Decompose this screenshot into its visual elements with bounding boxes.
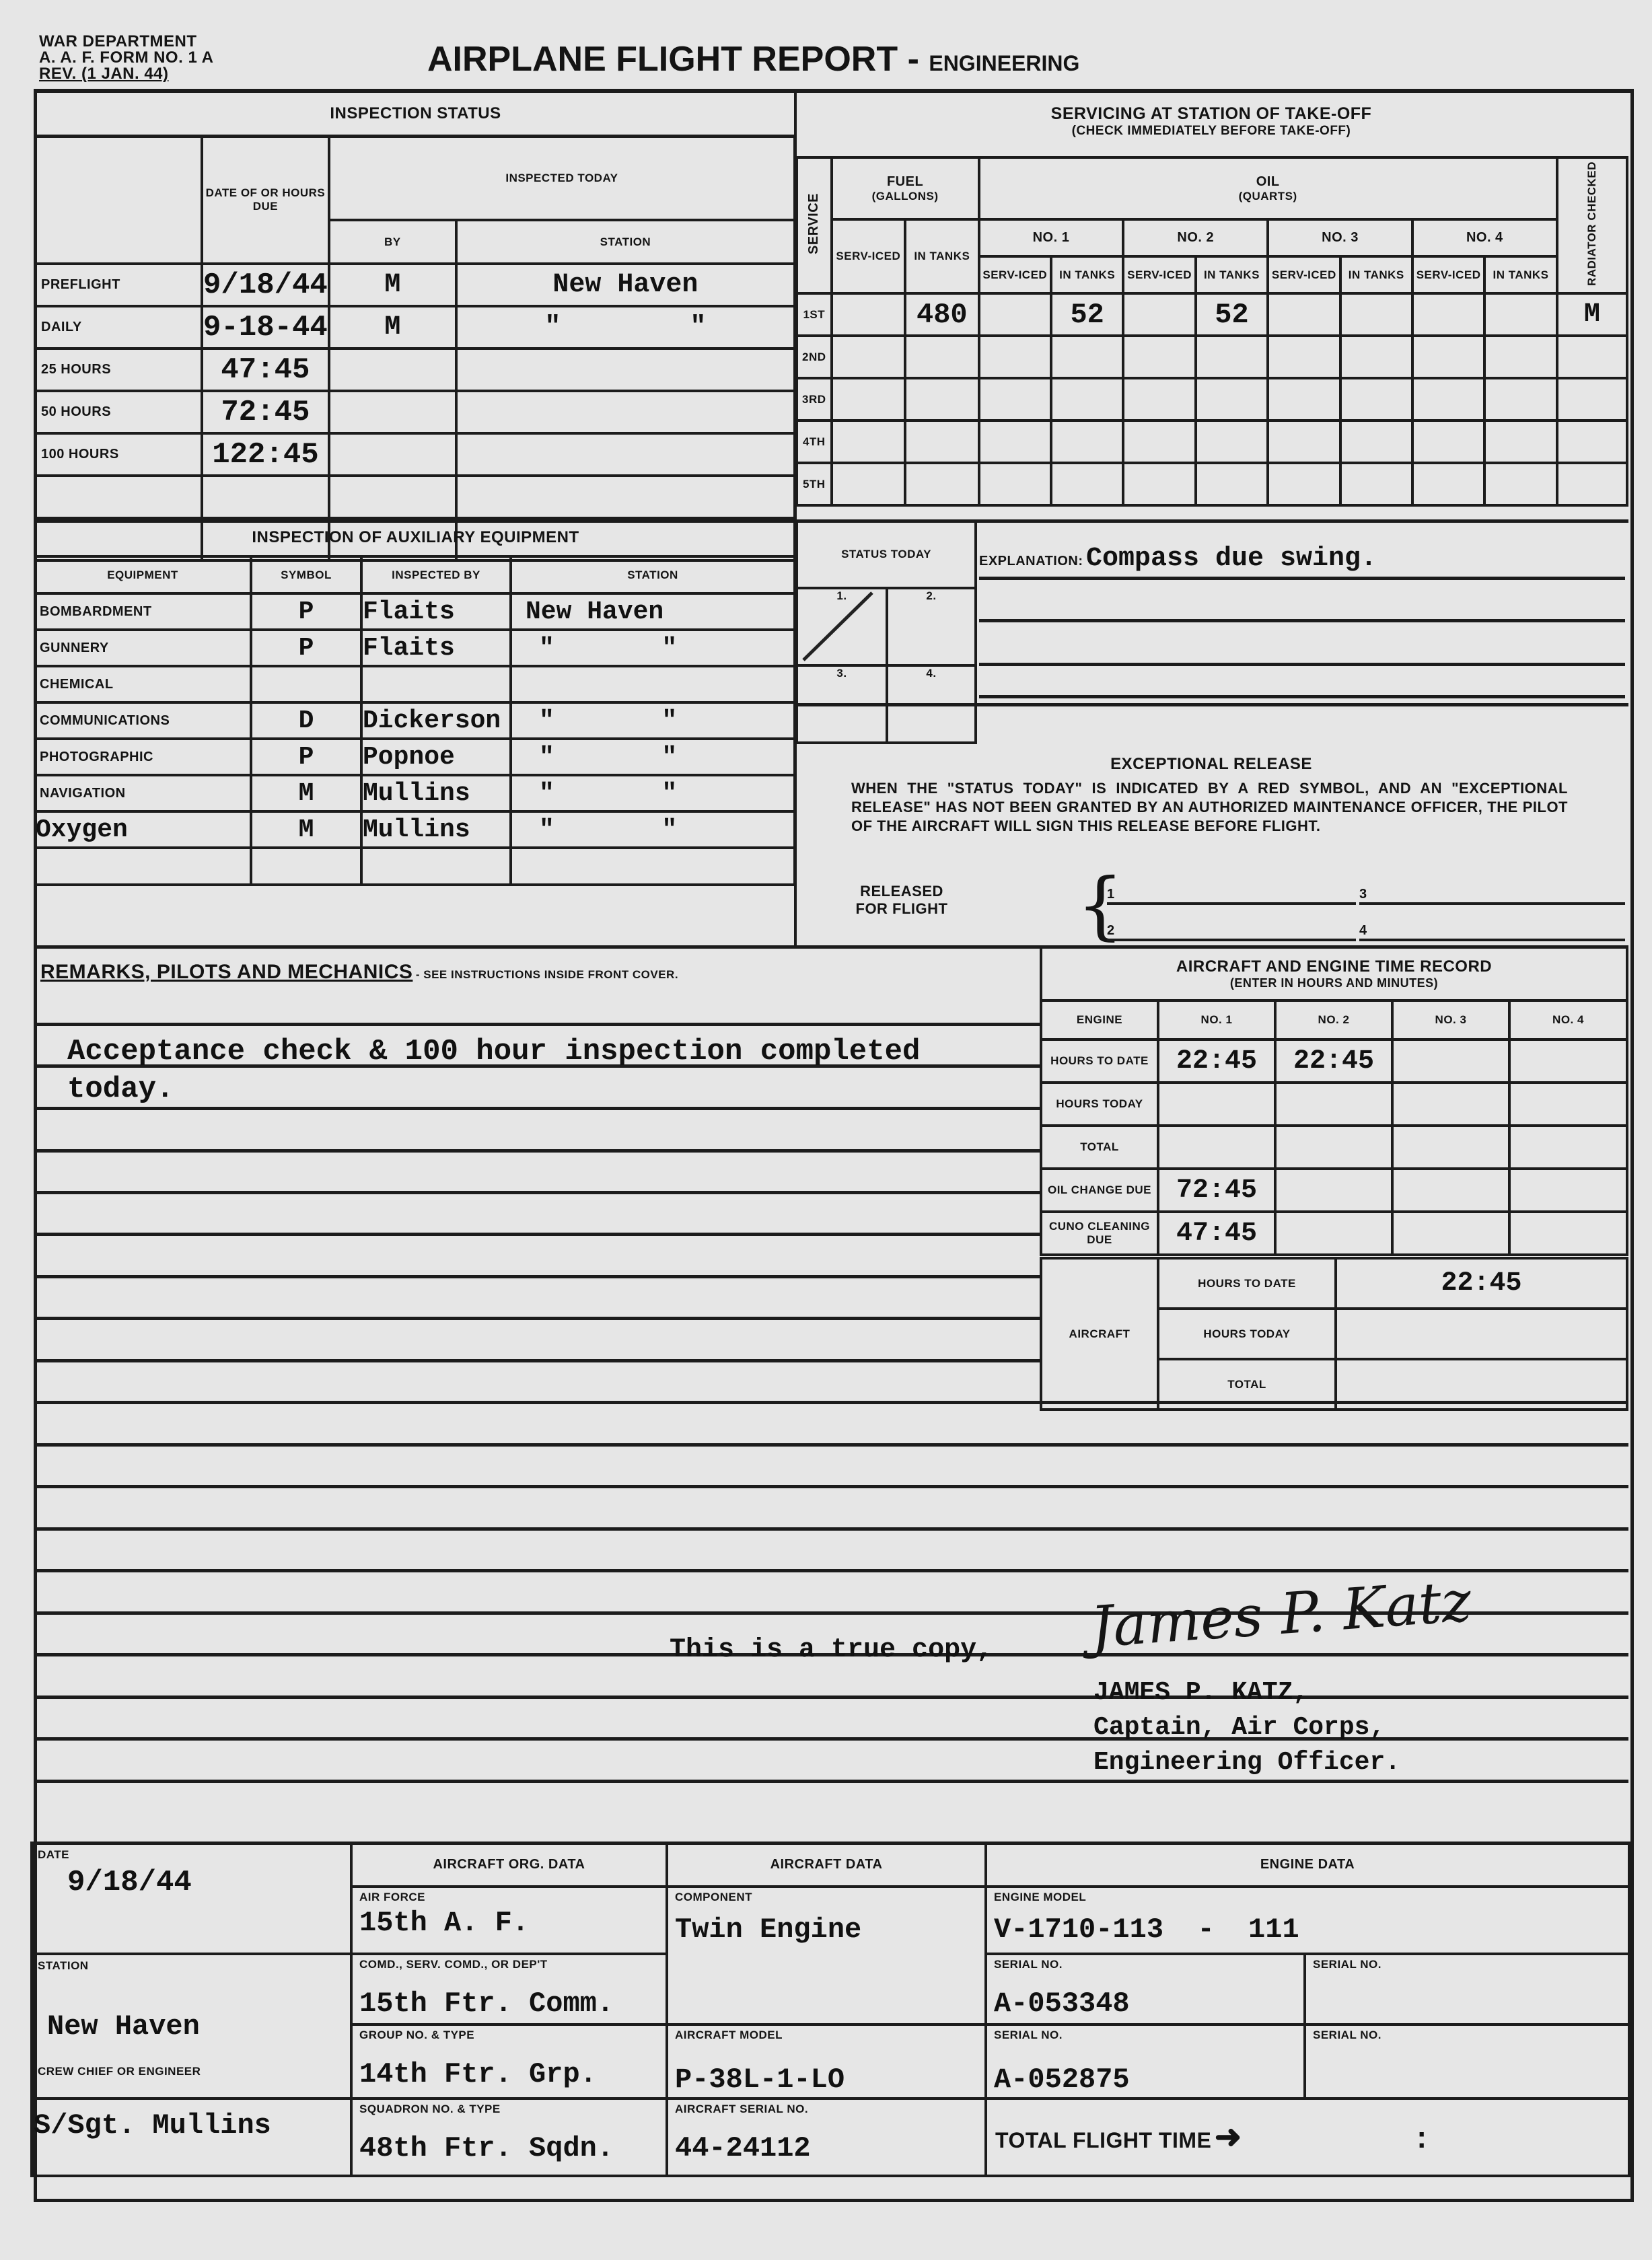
release-signature-2[interactable]: 2: [1107, 923, 1356, 941]
page-title: AIRPLANE FLIGHT REPORT - ENGINEERING: [427, 39, 1079, 79]
oil-cell[interactable]: [1484, 336, 1556, 378]
inspected-by-value[interactable]: Flaits: [361, 593, 511, 630]
symbol-value[interactable]: P: [251, 630, 361, 666]
symbol-value[interactable]: [251, 666, 361, 702]
fuel-tanks[interactable]: [905, 463, 979, 505]
table-row: PREFLIGHT 9/18/44 M New Haven: [36, 264, 795, 306]
oil-cell[interactable]: [1340, 378, 1412, 421]
serial-no-label: SERIAL NO.: [1306, 2026, 1628, 2045]
aircraft-row-label: TOTAL: [1158, 1359, 1336, 1410]
engine-serial-4-cell[interactable]: SERIAL NO.: [1305, 2025, 1629, 2099]
oil-cell[interactable]: [979, 421, 1051, 463]
oil-tanks-header: IN TANKS: [1484, 256, 1556, 293]
service-row-label: 2ND: [797, 336, 832, 378]
blank-cell[interactable]: [511, 848, 795, 885]
time-row-label: HOURS TO DATE: [1041, 1040, 1158, 1083]
date-label: DATE: [34, 1844, 350, 1866]
total-flight-time-value[interactable]: :: [1244, 2123, 1430, 2157]
time-record-title: AIRCRAFT AND ENGINE TIME RECORD: [1042, 957, 1626, 976]
fuel-serviced[interactable]: [832, 336, 906, 378]
station-value[interactable]: [456, 433, 795, 476]
air-force-value[interactable]: 15th A. F.: [353, 1907, 666, 1939]
col-date-due: DATE OF OR HOURS DUE: [202, 136, 329, 264]
symbol-value[interactable]: P: [251, 593, 361, 630]
oil-cell[interactable]: [1268, 293, 1340, 336]
group-cell[interactable]: GROUP NO. & TYPE 14th Ftr. Grp.: [351, 2025, 667, 2099]
fuel-header: FUEL(GALLONS): [832, 157, 979, 219]
time-row-label: TOTAL: [1041, 1126, 1158, 1169]
engine-serial-value[interactable]: [1306, 1974, 1628, 1988]
aircraft-model-label: AIRCRAFT MODEL: [668, 2026, 984, 2045]
engine-2-header: NO. 2: [1275, 1000, 1392, 1040]
inspected-by-value[interactable]: Mullins: [361, 811, 511, 848]
service-row-label: 1ST: [797, 293, 832, 336]
servicing-subtitle: (CHECK IMMEDIATELY BEFORE TAKE-OFF): [797, 124, 1625, 139]
oil-cell[interactable]: 52: [1051, 293, 1123, 336]
station-value[interactable]: " ": [456, 306, 795, 349]
engine-col-header: ENGINE: [1041, 1000, 1158, 1040]
exceptional-release-text: WHEN THE "STATUS TODAY" IS INDICATED BY …: [851, 779, 1568, 836]
station-value[interactable]: " ": [511, 630, 795, 666]
time-row-label: OIL CHANGE DUE: [1041, 1169, 1158, 1212]
oil-cell[interactable]: [1051, 421, 1123, 463]
remarks-note: - SEE INSTRUCTIONS INSIDE FRONT COVER.: [416, 968, 678, 981]
oil-cell[interactable]: [1268, 463, 1340, 505]
oil-tanks-header: IN TANKS: [1340, 256, 1412, 293]
status-cell-1[interactable]: 1.: [797, 588, 887, 665]
remarks-header: REMARKS, PILOTS AND MECHANICS - SEE INST…: [40, 961, 678, 984]
dept-line-3: REV. (1 JAN. 44): [39, 66, 213, 82]
service-row-label: 5TH: [797, 463, 832, 505]
total-flight-time-cell[interactable]: TOTAL FLIGHT TIME ➜ :: [986, 2099, 1629, 2176]
status-today-title: STATUS TODAY: [797, 521, 976, 588]
oil-cell[interactable]: [1484, 421, 1556, 463]
date-cell[interactable]: DATE 9/18/44: [32, 1843, 352, 1954]
footer-data-table: DATE 9/18/44 AIRCRAFT ORG. DATA AIRCRAFT…: [30, 1842, 1630, 2177]
group-label: GROUP NO. & TYPE: [353, 2026, 666, 2045]
table-row: DAILY 9-18-44 M " ": [36, 306, 795, 349]
command-cell[interactable]: COMD., SERV. COMD., OR DEP'T 15th Ftr. C…: [351, 1954, 667, 2025]
station-value[interactable]: New Haven: [456, 264, 795, 306]
squadron-value[interactable]: 48th Ftr. Sqdn.: [353, 2119, 666, 2164]
remarks-line-2[interactable]: today.: [67, 1072, 174, 1106]
fuel-unit: (GALLONS): [833, 190, 978, 203]
table-row: 3RD: [797, 378, 1627, 421]
aircraft-model-cell[interactable]: AIRCRAFT MODEL P-38L-1-LO: [667, 2025, 986, 2099]
oil-cell[interactable]: [1123, 293, 1195, 336]
table-row: 25 HOURS 47:45: [36, 349, 795, 391]
servicing-title-text: SERVICING AT STATION OF TAKE-OFF: [797, 104, 1625, 124]
oil-cell[interactable]: [979, 378, 1051, 421]
col-by: BY: [329, 220, 456, 264]
row-label: [36, 476, 202, 518]
oil-cell[interactable]: [979, 293, 1051, 336]
time-value[interactable]: [1509, 1126, 1627, 1169]
table-row: NAVIGATION M Mullins " ": [36, 775, 795, 811]
engine-model-value[interactable]: V-1710-113 - 111: [987, 1907, 1628, 1953]
total-flight-time-label: TOTAL FLIGHT TIME: [987, 2128, 1211, 2152]
serial-no-label: SERIAL NO.: [987, 1955, 1303, 1974]
command-value[interactable]: 15th Ftr. Comm.: [353, 1974, 666, 2020]
oil-tanks-header: IN TANKS: [1196, 256, 1268, 293]
time-value[interactable]: [1392, 1040, 1509, 1083]
table-row: 50 HOURS 72:45: [36, 391, 795, 433]
row-label: 25 HOURS: [36, 349, 202, 391]
inspection-status-table: DATE OF OR HOURS DUE INSPECTED TODAY BY …: [36, 135, 796, 562]
signer-rank: Captain, Air Corps,: [1093, 1710, 1400, 1745]
fuel-serviced[interactable]: [832, 293, 906, 336]
oil-cell[interactable]: [1268, 421, 1340, 463]
engine-serial-3-cell[interactable]: SERIAL NO. A-052875: [986, 2025, 1305, 2099]
by-value[interactable]: [329, 433, 456, 476]
time-value[interactable]: [1392, 1126, 1509, 1169]
release-signature-3[interactable]: 3: [1359, 887, 1625, 905]
inspected-by-value[interactable]: Popnoe: [361, 739, 511, 775]
oil-cell[interactable]: [1412, 336, 1484, 378]
oil-cell[interactable]: [1123, 378, 1195, 421]
engine-serial-value[interactable]: [1306, 2045, 1628, 2058]
oil-serviced-header: SERV-ICED: [1123, 256, 1195, 293]
oil-cell[interactable]: [1412, 463, 1484, 505]
radiator-checked[interactable]: [1557, 336, 1627, 378]
time-value[interactable]: [1275, 1126, 1392, 1169]
time-row-label: CUNO CLEANING DUE: [1041, 1212, 1158, 1255]
due-value[interactable]: 47:45: [202, 349, 329, 391]
time-value[interactable]: [1509, 1083, 1627, 1126]
station-value[interactable]: [456, 476, 795, 518]
oil-cell[interactable]: [1412, 421, 1484, 463]
table-row: BOMBARDMENT P Flaits New Haven: [36, 593, 795, 630]
station-value[interactable]: New Haven: [34, 1977, 350, 2043]
inspected-by-value[interactable]: Flaits: [361, 630, 511, 666]
title-separator: -: [908, 40, 919, 79]
by-value[interactable]: [329, 391, 456, 433]
radiator-checked[interactable]: M: [1557, 293, 1627, 336]
oil-cell[interactable]: [1196, 378, 1268, 421]
explanation-value[interactable]: Compass due swing.: [1086, 544, 1377, 574]
oil-cell[interactable]: [1123, 463, 1195, 505]
time-value[interactable]: [1509, 1040, 1627, 1083]
oil-engine-1: NO. 1: [979, 219, 1124, 256]
table-row: 2ND: [797, 336, 1627, 378]
col-station: STATION: [511, 556, 795, 593]
date-value[interactable]: 9/18/44: [34, 1866, 350, 1899]
radiator-checked[interactable]: [1557, 463, 1627, 505]
oil-header: OIL(QUARTS): [979, 157, 1557, 219]
due-value[interactable]: 72:45: [202, 391, 329, 433]
dept-line-2: A. A. F. FORM NO. 1 A: [39, 50, 213, 66]
time-value[interactable]: [1275, 1169, 1392, 1212]
table-row: OIL CHANGE DUE 72:45: [1041, 1169, 1627, 1212]
aircraft-row-label: HOURS TO DATE: [1158, 1258, 1336, 1309]
squadron-cell[interactable]: SQUADRON NO. & TYPE 48th Ftr. Sqdn.: [351, 2099, 667, 2176]
oil-cell[interactable]: [1484, 293, 1556, 336]
command-label: COMD., SERV. COMD., OR DEP'T: [353, 1955, 666, 1974]
inspected-by-value[interactable]: Mullins: [361, 775, 511, 811]
status-cell-2[interactable]: 2.: [887, 588, 976, 665]
station-value[interactable]: [456, 349, 795, 391]
oil-cell[interactable]: [1268, 378, 1340, 421]
aircraft-hours-today[interactable]: [1336, 1309, 1627, 1359]
station-label: STATION: [34, 1955, 350, 1977]
servicing-title: SERVICING AT STATION OF TAKE-OFF (CHECK …: [797, 104, 1625, 139]
oil-cell[interactable]: [1484, 463, 1556, 505]
due-value[interactable]: 9-18-44: [202, 306, 329, 349]
oil-cell[interactable]: [1340, 421, 1412, 463]
diagonal-mark-icon: [798, 589, 879, 663]
oil-cell[interactable]: [1268, 336, 1340, 378]
table-row: 1ST 480 52 52 M: [797, 293, 1627, 336]
arrow-right-icon: ➜: [1215, 2119, 1242, 2155]
radiator-checked[interactable]: [1557, 421, 1627, 463]
station-value[interactable]: [511, 666, 795, 702]
table-row: COMMUNICATIONS D Dickerson " ": [36, 702, 795, 739]
component-label: COMPONENT: [668, 1888, 984, 1907]
aircraft-row-label: HOURS TODAY: [1158, 1309, 1336, 1359]
fuel-serviced[interactable]: [832, 421, 906, 463]
oil-cell[interactable]: [1340, 336, 1412, 378]
time-row-label: HOURS TODAY: [1041, 1083, 1158, 1126]
explanation-label: EXPLANATION:: [979, 554, 1083, 569]
service-header: SERVICE: [797, 157, 832, 293]
table-row: Oxygen M Mullins " ": [36, 811, 795, 848]
row-label: 50 HOURS: [36, 391, 202, 433]
time-value[interactable]: [1275, 1083, 1392, 1126]
oil-unit: (QUARTS): [980, 190, 1556, 203]
component-value[interactable]: Twin Engine: [668, 1907, 984, 1953]
oil-tanks-header: IN TANKS: [1051, 256, 1123, 293]
time-record-subtitle: (ENTER IN HOURS AND MINUTES): [1042, 976, 1626, 990]
oil-cell[interactable]: [1484, 378, 1556, 421]
service-label: SERVICE: [806, 193, 822, 254]
equipment-label: BOMBARDMENT: [36, 593, 251, 630]
inspected-by-value[interactable]: [361, 666, 511, 702]
oil-serviced-header: SERV-ICED: [979, 256, 1051, 293]
engine-model-cell[interactable]: ENGINE MODEL V-1710-113 - 111: [986, 1887, 1629, 1954]
crew-chief-label: CREW CHIEF OR ENGINEER: [34, 2061, 350, 2082]
time-value[interactable]: [1392, 1169, 1509, 1212]
row-label: 100 HOURS: [36, 433, 202, 476]
fuel-tanks[interactable]: [905, 421, 979, 463]
time-value[interactable]: [1509, 1169, 1627, 1212]
equipment-label: COMMUNICATIONS: [36, 702, 251, 739]
by-value[interactable]: [329, 476, 456, 518]
org-data-title: AIRCRAFT ORG. DATA: [351, 1843, 667, 1887]
service-row-label: 3RD: [797, 378, 832, 421]
aircraft-serial-label: AIRCRAFT SERIAL NO.: [668, 2100, 984, 2119]
auxiliary-title: INSPECTION OF AUXILIARY EQUIPMENT: [37, 528, 794, 547]
time-value[interactable]: [1392, 1212, 1509, 1255]
group-value[interactable]: 14th Ftr. Grp.: [353, 2045, 666, 2090]
time-value[interactable]: 72:45: [1158, 1169, 1275, 1212]
time-value[interactable]: [1509, 1212, 1627, 1255]
inspected-by-value[interactable]: Dickerson: [361, 702, 511, 739]
aircraft-hours-to-date[interactable]: 22:45: [1336, 1258, 1627, 1309]
symbol-value[interactable]: M: [251, 775, 361, 811]
oil-cell[interactable]: [979, 336, 1051, 378]
blank-cell[interactable]: [361, 848, 511, 885]
table-row: HOURS TODAY: [1041, 1083, 1627, 1126]
oil-cell[interactable]: [1051, 378, 1123, 421]
equipment-label: PHOTOGRAPHIC: [36, 739, 251, 775]
engine-4-header: NO. 4: [1509, 1000, 1627, 1040]
oil-cell[interactable]: [1412, 378, 1484, 421]
radiator-checked[interactable]: [1557, 378, 1627, 421]
signer-title: Engineering Officer.: [1093, 1745, 1400, 1780]
due-value[interactable]: 9/18/44: [202, 264, 329, 306]
col-station: STATION: [456, 220, 795, 264]
oil-cell[interactable]: [1196, 336, 1268, 378]
release-signature-4[interactable]: 4: [1359, 923, 1625, 941]
oil-cell[interactable]: [1340, 293, 1412, 336]
oil-cell[interactable]: [1412, 293, 1484, 336]
fuel-tanks[interactable]: 480: [905, 293, 979, 336]
station-value[interactable]: New Haven: [511, 593, 795, 630]
by-value[interactable]: [329, 349, 456, 391]
time-record-table: AIRCRAFT AND ENGINE TIME RECORD (ENTER I…: [1040, 945, 1628, 1256]
servicing-table: SERVICE FUEL(GALLONS) OIL(QUARTS) RADIAT…: [795, 156, 1628, 507]
equipment-label: CHEMICAL: [36, 666, 251, 702]
aircraft-total[interactable]: [1336, 1359, 1627, 1410]
fuel-serviced[interactable]: [832, 463, 906, 505]
engine-serial-2-cell[interactable]: SERIAL NO.: [1305, 1954, 1629, 2025]
time-value[interactable]: [1392, 1083, 1509, 1126]
table-row: CHEMICAL: [36, 666, 795, 702]
oil-serviced-header: SERV-ICED: [1412, 256, 1484, 293]
title-subtitle: ENGINEERING: [929, 51, 1079, 75]
table-row: CUNO CLEANING DUE 47:45: [1041, 1212, 1627, 1255]
oil-engine-3: NO. 3: [1268, 219, 1412, 256]
engine-serial-value[interactable]: A-053348: [987, 1974, 1303, 2020]
squadron-label: SQUADRON NO. & TYPE: [353, 2100, 666, 2119]
oil-cell[interactable]: [1340, 463, 1412, 505]
oil-cell[interactable]: [1196, 463, 1268, 505]
time-value[interactable]: 22:45: [1158, 1040, 1275, 1083]
title-text: AIRPLANE FLIGHT REPORT: [427, 40, 898, 79]
by-value[interactable]: M: [329, 264, 456, 306]
signer-block: JAMES P. KATZ, Captain, Air Corps, Engin…: [1093, 1675, 1400, 1780]
time-record-header: AIRCRAFT AND ENGINE TIME RECORD (ENTER I…: [1041, 947, 1627, 1000]
engine-data-title: ENGINE DATA: [986, 1843, 1629, 1887]
time-value[interactable]: 22:45: [1275, 1040, 1392, 1083]
equipment-label[interactable]: Oxygen: [36, 811, 251, 848]
radiator-label: RADIATOR CHECKED: [1585, 161, 1599, 286]
oil-cell[interactable]: [1196, 421, 1268, 463]
time-value[interactable]: [1158, 1126, 1275, 1169]
oil-cell[interactable]: [1123, 336, 1195, 378]
air-force-label: AIR FORCE: [353, 1888, 666, 1907]
time-value[interactable]: [1275, 1212, 1392, 1255]
engine-serial-value[interactable]: A-052875: [987, 2045, 1303, 2096]
table-row: GUNNERY P Flaits " ": [36, 630, 795, 666]
symbol-value[interactable]: P: [251, 739, 361, 775]
time-value[interactable]: [1158, 1083, 1275, 1126]
blank-header: [36, 136, 202, 264]
crew-chief-cell[interactable]: CREW CHIEF OR ENGINEER S/Sgt. Mullins: [32, 2099, 352, 2176]
aircraft-time-table: AIRCRAFT HOURS TO DATE 22:45 HOURS TODAY…: [1040, 1257, 1628, 1411]
true-copy-text: This is a true copy,: [670, 1635, 993, 1665]
crew-chief-value[interactable]: S/Sgt. Mullins: [34, 2082, 350, 2142]
remarks-line-1[interactable]: Acceptance check & 100 hour inspection c…: [67, 1035, 920, 1068]
serial-no-label: SERIAL NO.: [987, 2026, 1303, 2045]
oil-cell[interactable]: [1051, 463, 1123, 505]
fuel-serviced[interactable]: [832, 378, 906, 421]
engine-model-label: ENGINE MODEL: [987, 1888, 1628, 1907]
table-row: PHOTOGRAPHIC P Popnoe " ": [36, 739, 795, 775]
blank-row[interactable]: [36, 848, 251, 885]
dept-line-1: WAR DEPARTMENT: [39, 34, 213, 50]
serial-no-label: SERIAL NO.: [1306, 1955, 1628, 1974]
explanation-field[interactable]: EXPLANATION: Compass due swing.: [979, 544, 1625, 574]
station-value[interactable]: " ": [511, 702, 795, 739]
symbol-value[interactable]: M: [251, 811, 361, 848]
auxiliary-table: EQUIPMENT SYMBOL INSPECTED BY STATION BO…: [36, 555, 796, 886]
oil-cell[interactable]: 52: [1196, 293, 1268, 336]
station-value[interactable]: " ": [511, 811, 795, 848]
by-value[interactable]: M: [329, 306, 456, 349]
release-signature-1[interactable]: 1: [1107, 887, 1356, 905]
exceptional-release-title: EXCEPTIONAL RELEASE: [797, 755, 1625, 774]
time-value[interactable]: 47:45: [1158, 1212, 1275, 1255]
due-value[interactable]: [202, 476, 329, 518]
oil-cell[interactable]: [1051, 336, 1123, 378]
table-row: HOURS TO DATE 22:45 22:45: [1041, 1040, 1627, 1083]
oil-engine-2: NO. 2: [1123, 219, 1268, 256]
table-row: 5TH: [797, 463, 1627, 505]
aircraft-label: AIRCRAFT: [1041, 1258, 1158, 1410]
fuel-serviced-header: SERV-ICED: [832, 219, 906, 293]
col-inspected-today: INSPECTED TODAY: [329, 136, 795, 220]
col-symbol: SYMBOL: [251, 556, 361, 593]
released-for-flight-label: RELEASED FOR FLIGHT: [855, 883, 949, 918]
radiator-header: RADIATOR CHECKED: [1557, 157, 1627, 293]
station-value[interactable]: " ": [511, 775, 795, 811]
equipment-label: GUNNERY: [36, 630, 251, 666]
aircraft-model-value[interactable]: P-38L-1-LO: [668, 2045, 984, 2096]
oil-cell[interactable]: [979, 463, 1051, 505]
symbol-value[interactable]: D: [251, 702, 361, 739]
blank-cell[interactable]: [251, 848, 361, 885]
due-value[interactable]: 122:45: [202, 433, 329, 476]
row-label: PREFLIGHT: [36, 264, 202, 306]
engine-serial-1-cell[interactable]: SERIAL NO. A-053348: [986, 1954, 1305, 2025]
oil-engine-4: NO. 4: [1412, 219, 1557, 256]
aircraft-data-title: AIRCRAFT DATA: [667, 1843, 986, 1887]
component-cell[interactable]: COMPONENT Twin Engine: [667, 1887, 986, 2025]
station-value[interactable]: [456, 391, 795, 433]
fuel-tanks[interactable]: [905, 336, 979, 378]
fuel-label: FUEL: [833, 174, 978, 190]
table-row: 100 HOURS 122:45: [36, 433, 795, 476]
col-inspected-by: INSPECTED BY: [361, 556, 511, 593]
table-row: 4TH: [797, 421, 1627, 463]
oil-label: OIL: [980, 174, 1556, 190]
aircraft-serial-cell[interactable]: AIRCRAFT SERIAL NO. 44-24112: [667, 2099, 986, 2176]
aircraft-serial-value[interactable]: 44-24112: [668, 2119, 984, 2164]
service-row-label: 4TH: [797, 421, 832, 463]
status-today-grid: STATUS TODAY 1. 2. 3. 4.: [795, 519, 977, 744]
row-label: DAILY: [36, 306, 202, 349]
oil-cell[interactable]: [1123, 421, 1195, 463]
engine-1-header: NO. 1: [1158, 1000, 1275, 1040]
fuel-tanks[interactable]: [905, 378, 979, 421]
table-row: [36, 476, 795, 518]
air-force-cell[interactable]: AIR FORCE 15th A. F.: [351, 1887, 667, 1954]
table-row: TOTAL: [1041, 1126, 1627, 1169]
col-equipment: EQUIPMENT: [36, 556, 251, 593]
station-value[interactable]: " ": [511, 739, 795, 775]
inspection-status-title: INSPECTION STATUS: [37, 104, 794, 123]
